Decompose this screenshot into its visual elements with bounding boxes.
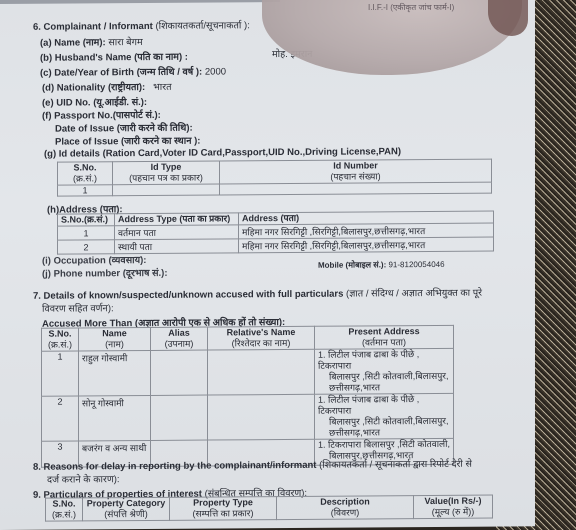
complainant-name-value: सारा बेगम xyxy=(108,37,142,48)
fir-document-page: 6. Complainant / Informant (शिकायतकर्ता/… xyxy=(0,0,535,530)
passport-label: (f) Passport No.(पासपोर्ट सं.): xyxy=(42,108,161,122)
section8-title: 8. Reasons for delay in reporting by the… xyxy=(33,457,472,473)
address-table: S.No.(क्र.सं.) Address Type (पता का प्रक… xyxy=(57,211,494,255)
id-details-label: (g) Id details (Ration Card,Voter ID Car… xyxy=(44,146,401,159)
date-of-issue-label: Date of Issue (जारी करने की तिथि): xyxy=(55,121,193,135)
uid-label: (e) UID No. (यू.आईडी. सं.): xyxy=(42,95,147,109)
page-edge xyxy=(0,0,280,4)
dob-value: 2000 xyxy=(205,66,226,77)
nationality-row: (d) Nationality (राष्ट्रीयता): भारत xyxy=(42,80,172,94)
accused-table: S.No.(क्र.सं.) Name(नाम) Alias(उपनाम) Re… xyxy=(41,325,454,468)
id-col-sno: S.No.(क्र.सं.) xyxy=(58,162,113,185)
occupation-label: (i) Occupation (व्यवसाय): xyxy=(42,253,146,267)
husband-name-label: (b) Husband's Name (पति का नाम) : xyxy=(40,50,188,64)
nationality-value: भारत xyxy=(153,82,171,93)
section7-title-cont: विवरण सहित वर्णन): xyxy=(42,301,114,315)
id-col-number: Id Number(पहचान संख्या) xyxy=(220,159,492,184)
dob-row: (c) Date/Year of Birth (जन्म तिथि / वर्ष… xyxy=(40,64,226,78)
section6-title: 6. Complainant / Informant (शिकायतकर्ता/… xyxy=(33,18,250,33)
mobile-row: Mobile (मोबाइल सं.): 91-8120054046 xyxy=(318,259,445,271)
id-col-type: Id Type(पहचान पत्र का प्रकार) xyxy=(113,161,220,185)
table-row: 1 xyxy=(58,182,492,196)
mobile-value: 91-8120054046 xyxy=(388,260,444,269)
complainant-name-row: (a) Name (नाम): सारा बेगम xyxy=(40,35,143,49)
phone-label: (j) Phone number (दूरभाष सं.): xyxy=(42,266,168,280)
form-label: I.I.F.-I (एकीकृत जांच फार्म-I) xyxy=(368,2,454,13)
table-row: 2 सोनू गोस्वामी 1. लिटील पंजाब ढाबा के प… xyxy=(42,393,454,441)
place-of-issue-label: Place of Issue (जारी करने का स्थान ): xyxy=(55,134,200,148)
id-details-table: S.No.(क्र.सं.) Id Type(पहचान पत्र का प्र… xyxy=(57,159,492,197)
section7-title: 7. Details of known/suspected/unknown ac… xyxy=(33,286,482,302)
table-row: 2 स्थायी पता महिमा नगर सिरगिट्टी ,सिरगिट… xyxy=(58,237,494,254)
section8-title-cont: दर्ज कराने के कारण): xyxy=(47,472,120,486)
table-row: 1 राहुल गोस्वामी 1. लिटील पंजाब ढाबा के … xyxy=(42,348,454,396)
properties-table: S.No.(क्र.सं.) Property Category(संपत्ति… xyxy=(45,495,493,522)
